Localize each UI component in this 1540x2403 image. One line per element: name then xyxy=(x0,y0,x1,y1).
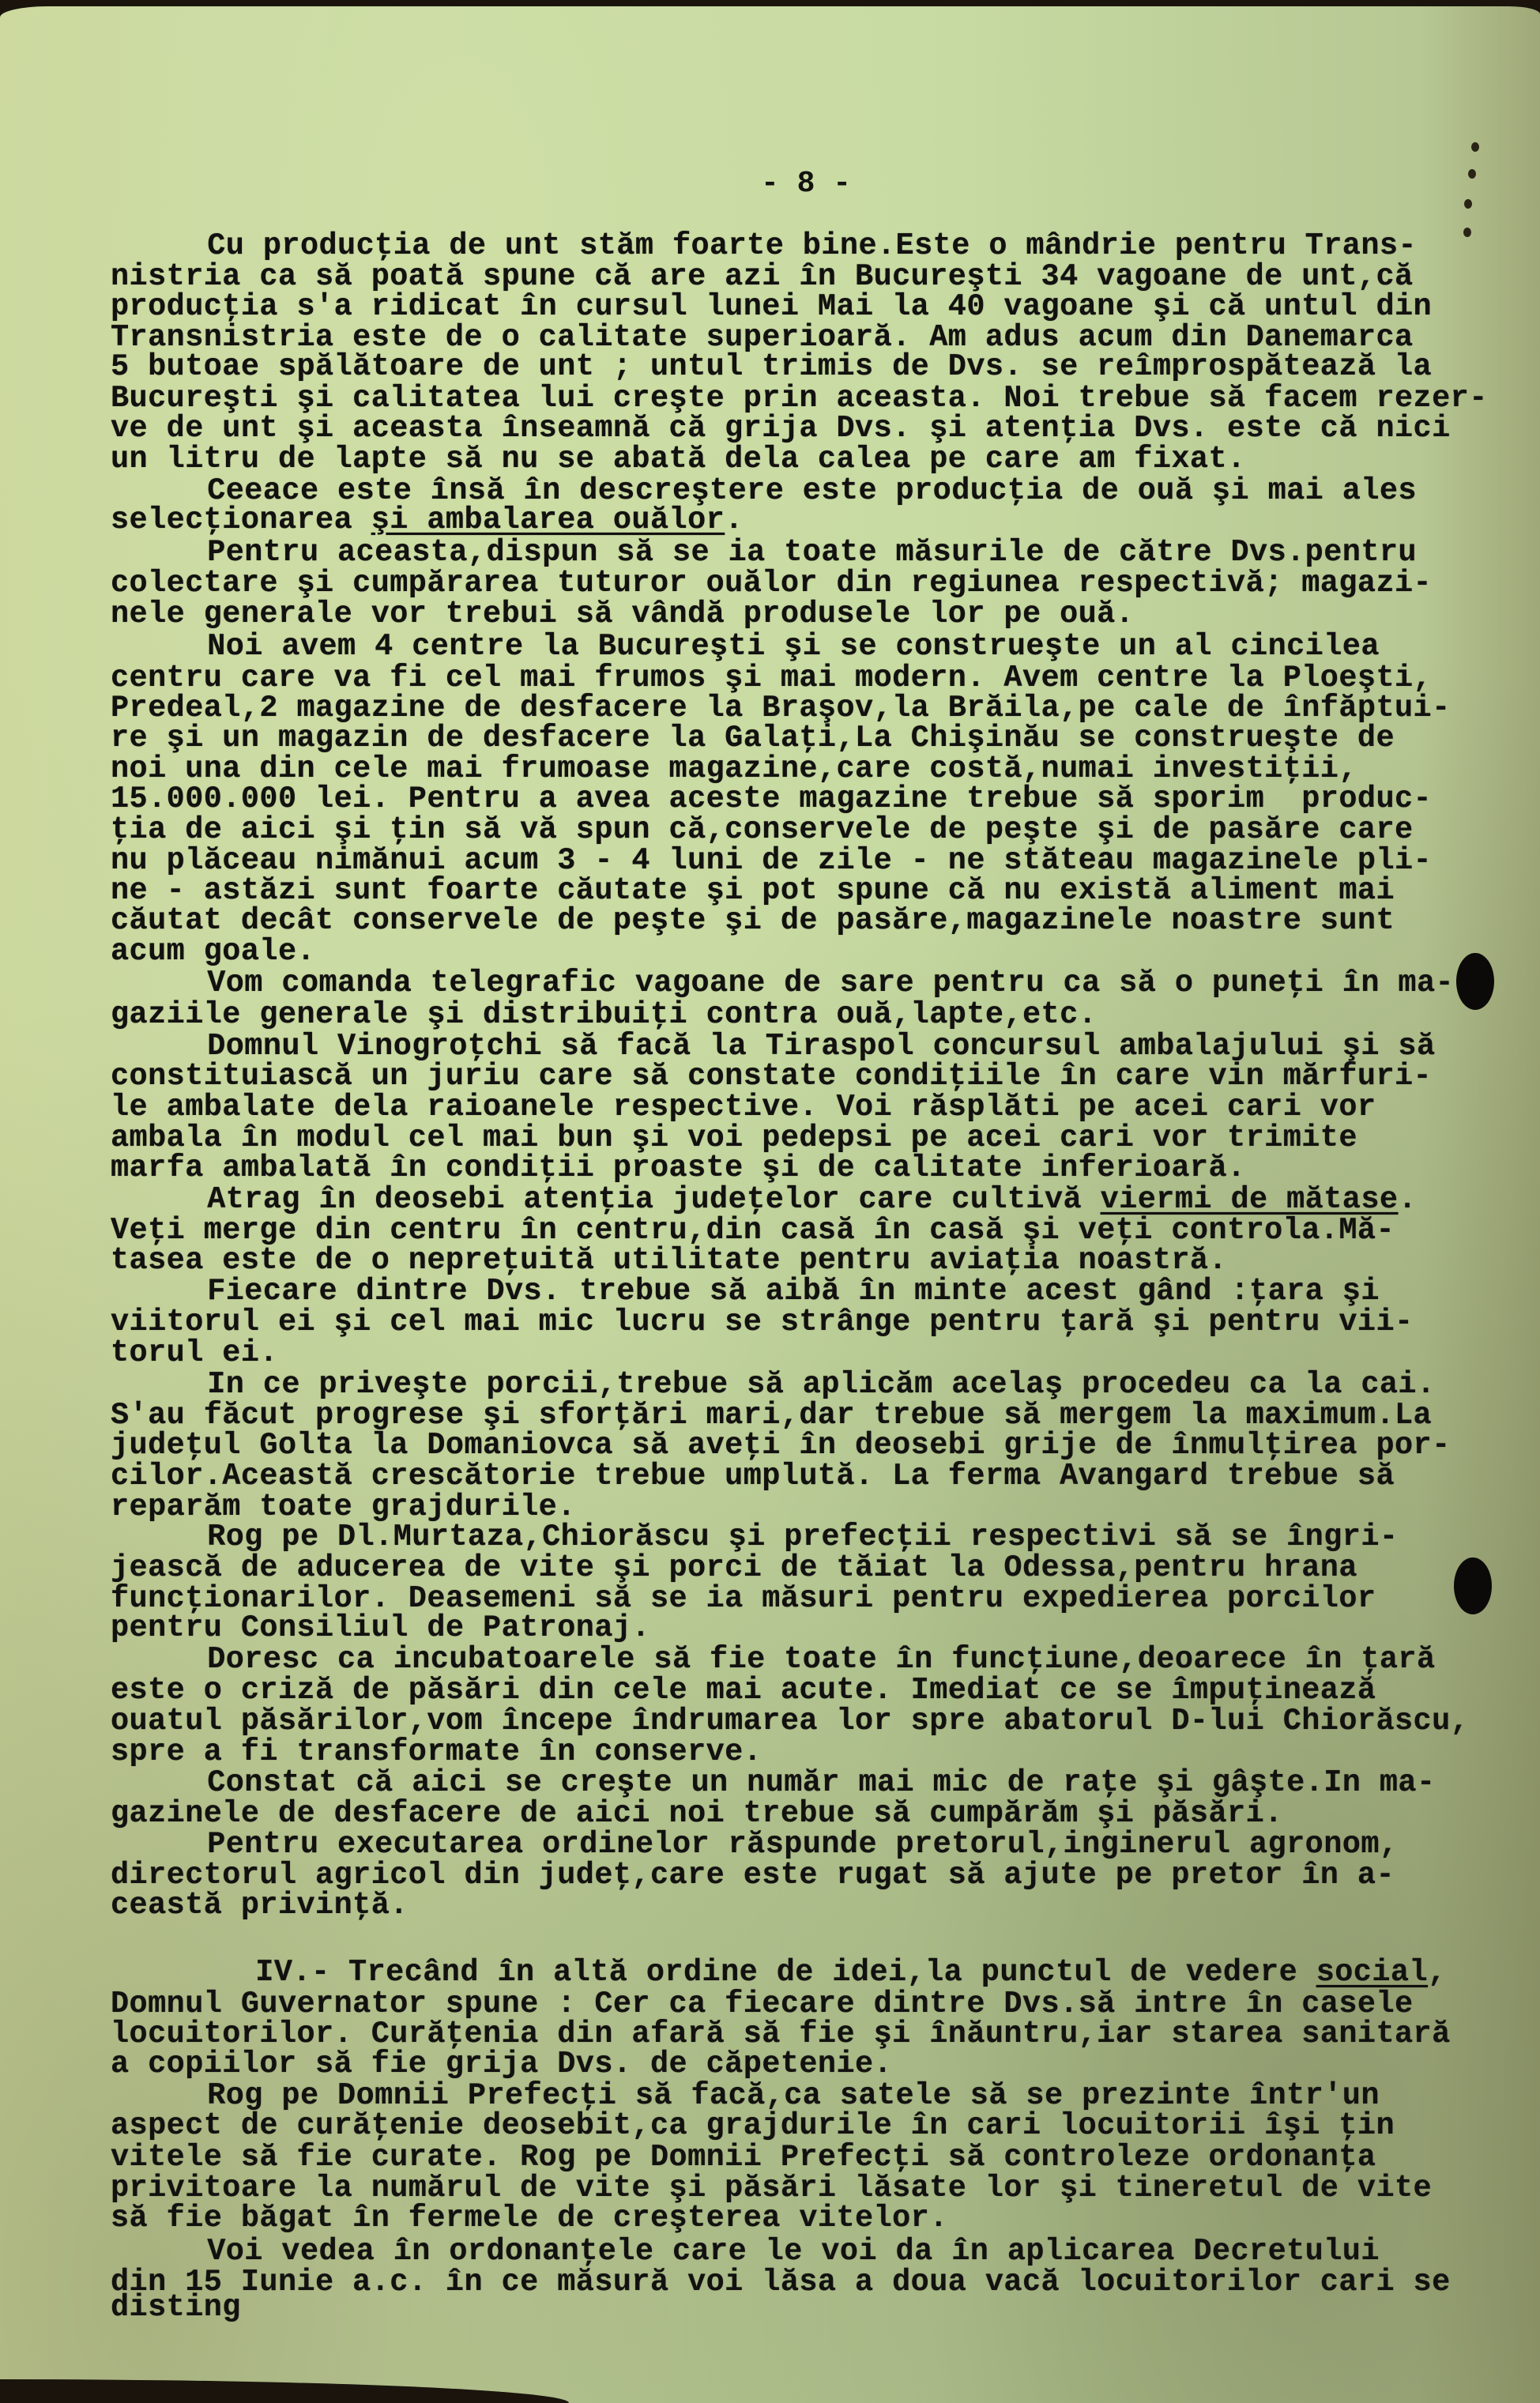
text-line: viitorul ei şi cel mai mic lucru se strâ… xyxy=(111,1306,1414,1338)
text-line: judeţul Golta la Domaniovca să aveţi în … xyxy=(111,1429,1451,1461)
text-line: Noi avem 4 centre la Bucureşti şi se con… xyxy=(207,631,1380,662)
text-line: marfa ambalată în condiţii proaste şi de… xyxy=(111,1152,1246,1184)
text-line: funcţionarilor. Deasemeni să se ia măsur… xyxy=(111,1583,1376,1614)
text-line: spre a fi transformate în conserve. xyxy=(111,1736,762,1768)
text-line: ceastă privinţă. xyxy=(111,1889,409,1921)
underlined-phrase: social xyxy=(1316,1955,1428,1990)
text-line: disting xyxy=(111,2292,241,2323)
text-line: ţia de aici şi ţin să vă spun că,conserv… xyxy=(111,814,1414,846)
text-line: ve de unt şi aceasta înseamnă că grija D… xyxy=(111,412,1451,444)
text-line: Constat că aici se creşte un număr mai m… xyxy=(207,1767,1435,1798)
staple-hole-icon xyxy=(1464,199,1472,209)
text-line: S'au făcut progrese şi sforţări mari,dar… xyxy=(111,1399,1432,1431)
text-line: Pentru aceasta,dispun să se ia toate măs… xyxy=(207,537,1417,568)
text-line: ouatul păsărilor,vom începe îndrumarea l… xyxy=(111,1705,1469,1737)
text-line: privitoare la numărul de vite şi păsări … xyxy=(111,2172,1432,2204)
text-line: directorul agricol din judeţ,care este r… xyxy=(111,1859,1395,1891)
page-number: - 8 - xyxy=(0,167,1540,201)
staple-hole-icon xyxy=(1463,228,1471,237)
text-line: Fiecare dintre Dvs. trebue să aibă în mi… xyxy=(207,1275,1380,1307)
text-line: este o criză de păsări din cele mai acut… xyxy=(111,1674,1376,1706)
text-line: Domnul Vinogroţchi să facă la Tiraspol c… xyxy=(207,1030,1435,1062)
text-line: reparăm toate grajdurile. xyxy=(111,1491,576,1523)
text-line: Pentru executarea ordinelor răspunde pre… xyxy=(207,1829,1398,1860)
text-line: Rog pe Domnii Prefecţi să facă,ca satele… xyxy=(207,2080,1380,2111)
text-line: acum goale. xyxy=(111,936,315,967)
text-line: din 15 Iunie a.c. în ce măsură voi lăsa … xyxy=(111,2266,1451,2298)
text-line: colectare şi cumpărarea tuturor ouălor d… xyxy=(111,567,1432,599)
text-line: gaziile generale şi distribuiţi contra o… xyxy=(111,999,1097,1030)
text-line: torul ei. xyxy=(111,1337,278,1369)
text-line: căutat decât conservele de peşte şi de p… xyxy=(111,905,1395,936)
text-line: nistria ca să poată spune că are azi în … xyxy=(111,261,1414,292)
text-line: 15.000.000 lei. Pentru a avea aceste mag… xyxy=(111,783,1432,815)
staple-hole-icon xyxy=(1471,142,1479,152)
text-line: Voi vedea în ordonanţele care le voi da … xyxy=(207,2235,1380,2267)
text-line: să fie băgat în fermele de creşterea vit… xyxy=(111,2202,948,2234)
text-line: Predeal,2 magazine de desfacere la Braşo… xyxy=(111,692,1451,724)
text-line: Rog pe Dl.Murtaza,Chiorăscu şi prefecţii… xyxy=(207,1521,1398,1553)
text-line: un litru de lapte să nu se abată dela ca… xyxy=(111,443,1246,475)
text-line: le ambalate dela raioanele respective. V… xyxy=(111,1091,1376,1123)
text-line: ne - astăzi sunt foarte căutate şi pot s… xyxy=(111,875,1395,906)
text-line: jească de aducerea de vite şi porci de t… xyxy=(111,1552,1357,1584)
text-line: ambala în modul cel mai bun şi voi pedep… xyxy=(111,1122,1357,1154)
text-line: In ce priveşte porcii,trebue să aplicăm … xyxy=(207,1369,1435,1400)
text-line: a copiilor să fie grija Dvs. de căpeteni… xyxy=(111,2048,892,2080)
text-line: Atrag în deosebi atenţia judeţelor care … xyxy=(207,1184,1417,1215)
text-line: tasea este de o nepreţuită utilitate pen… xyxy=(111,1245,1227,1276)
text-line: gazinele de desfacere de aici noi trebue… xyxy=(111,1798,1283,1829)
text-line: Doresc ca incubatoarele să fie toate în … xyxy=(207,1644,1435,1675)
text-line: re şi un magazin de desfacere la Galaţi,… xyxy=(111,722,1395,754)
text-line: Ceeace este însă în descreştere este pro… xyxy=(207,475,1417,507)
text-line: constituiască un juriu care să constate … xyxy=(111,1060,1432,1092)
text-line: Domnul Guvernator spune : Cer ca fiecare… xyxy=(111,1988,1414,2020)
text-line: 5 butoae spălătoare de unt ; untul trimi… xyxy=(111,351,1432,382)
text-line: locuitorilor. Curăţenia din afară să fie… xyxy=(111,2018,1451,2050)
underlined-phrase: şi ambalarea ouălor xyxy=(371,503,725,537)
text-line: Cu producţia de unt stăm foarte bine.Est… xyxy=(207,230,1417,262)
text-line: pentru Consiliul de Patronaj. xyxy=(111,1612,650,1644)
text-line: aspect de curăţenie deosebit,ca grajduri… xyxy=(111,2110,1395,2141)
punch-hole-icon xyxy=(1454,1557,1492,1614)
text-line: noi una din cele mai frumoase magazine,c… xyxy=(111,753,1357,785)
punch-hole-icon xyxy=(1456,953,1494,1010)
text-line: nu plăceau nimănui acum 3 - 4 luni de zi… xyxy=(111,845,1432,876)
text-line: Bucureşti şi calitatea lui creşte prin a… xyxy=(111,382,1488,414)
text-line: centru care va fi cel mai frumos şi mai … xyxy=(111,662,1432,694)
text-line: Vom comanda telegrafic vagoane de sare p… xyxy=(207,967,1454,999)
document-page: - 8 - Cu producţia de unt stăm foarte bi… xyxy=(0,6,1540,2403)
underlined-phrase: viermi de mătase xyxy=(1101,1182,1399,1217)
text-line: nele generale vor trebui să vândă produs… xyxy=(111,598,1134,630)
text-line: selecţionarea şi ambalarea ouălor. xyxy=(111,504,744,536)
text-line: Veţi merge din centru în centru,din casă… xyxy=(111,1215,1395,1246)
text-line: cilor.Această crescătorie trebue umplută… xyxy=(111,1460,1395,1492)
staple-hole-icon xyxy=(1468,169,1476,179)
text-line: IV.- Trecând în altă ordine de idei,la p… xyxy=(255,1957,1446,1988)
text-line: vitele să fie curate. Rog pe Domnii Pref… xyxy=(111,2141,1376,2173)
text-line: Transnistria este de o calitate superioa… xyxy=(111,322,1414,353)
text-line: producţia s'a ridicat în cursul lunei Ma… xyxy=(111,291,1432,322)
